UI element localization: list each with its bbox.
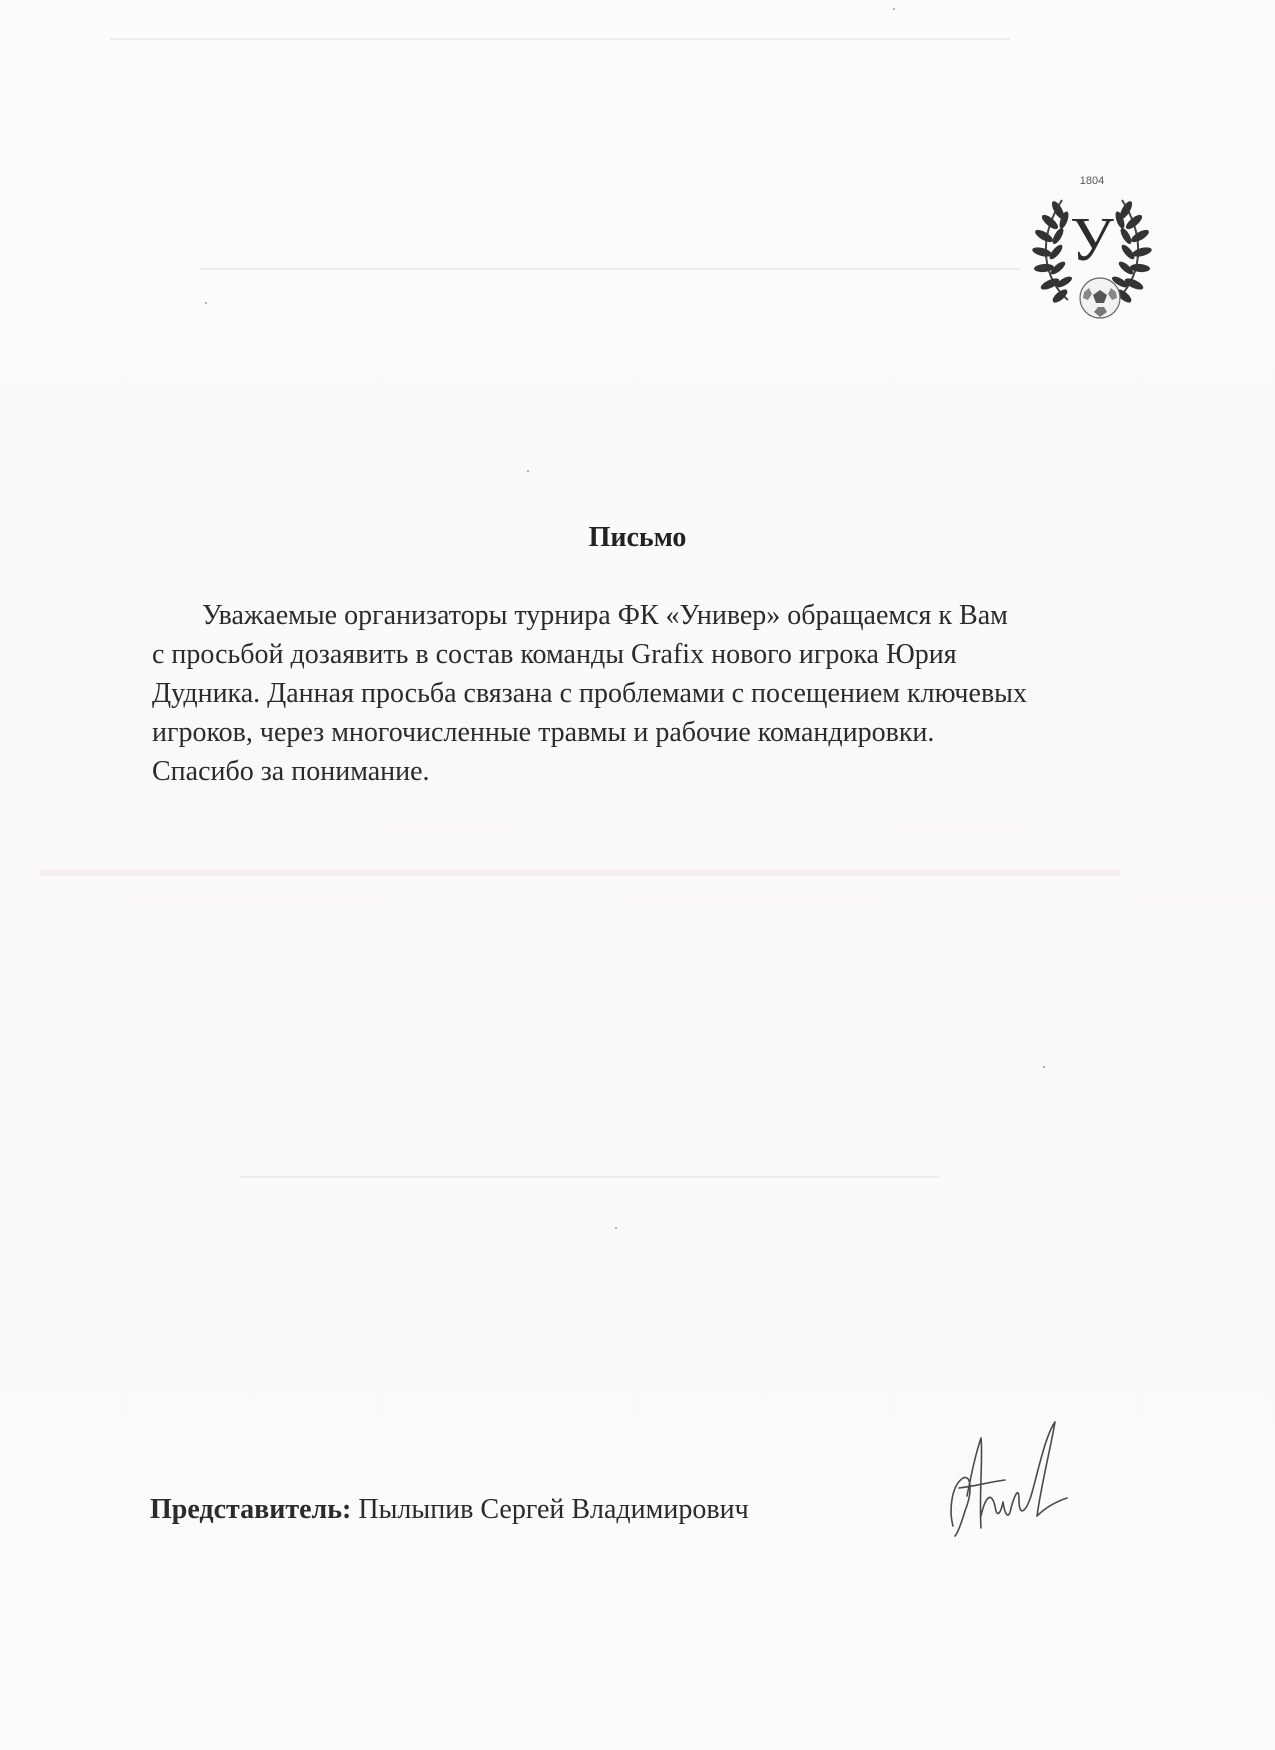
representative-name: Пылыпив Сергей Владимирович [358,1494,748,1525]
scan-artifact [40,870,1120,876]
document-title: Письмо [0,522,1275,554]
letter-body-line: с просьбой дозаявить в состав команды Gr… [152,635,1162,674]
letter-body-line: игроков, через многочисленные травмы и р… [152,713,1162,752]
scan-speck [527,470,529,472]
handwritten-signature-icon [945,1416,1075,1541]
svg-text:1804: 1804 [1080,175,1104,187]
representative-label: Представитель: [150,1494,351,1525]
scan-artifact [200,268,1020,270]
representative-line: Представитель: Пылыпив Сергей Владимиров… [150,1494,749,1526]
scan-speck [893,8,895,10]
letter-body-line: Дудника. Данная просьба связана с пробле… [152,674,1162,713]
scan-speck [205,302,207,304]
svg-text:У: У [1070,206,1114,274]
letter-body-line: Уважаемые организаторы турнира ФК «Униве… [152,596,1162,635]
document-page: 1804 [0,0,1275,1750]
scan-speck [1043,1066,1045,1068]
laurel-wreath-with-football-icon: 1804 [1022,170,1162,322]
letter-body-line: Спасибо за понимание. [152,752,1162,791]
scan-artifact [110,38,1010,40]
scan-speck [615,1227,617,1229]
university-logo: 1804 [1022,170,1162,322]
scan-artifact [240,1176,940,1178]
letter-body: Уважаемые организаторы турнира ФК «Униве… [152,596,1162,791]
